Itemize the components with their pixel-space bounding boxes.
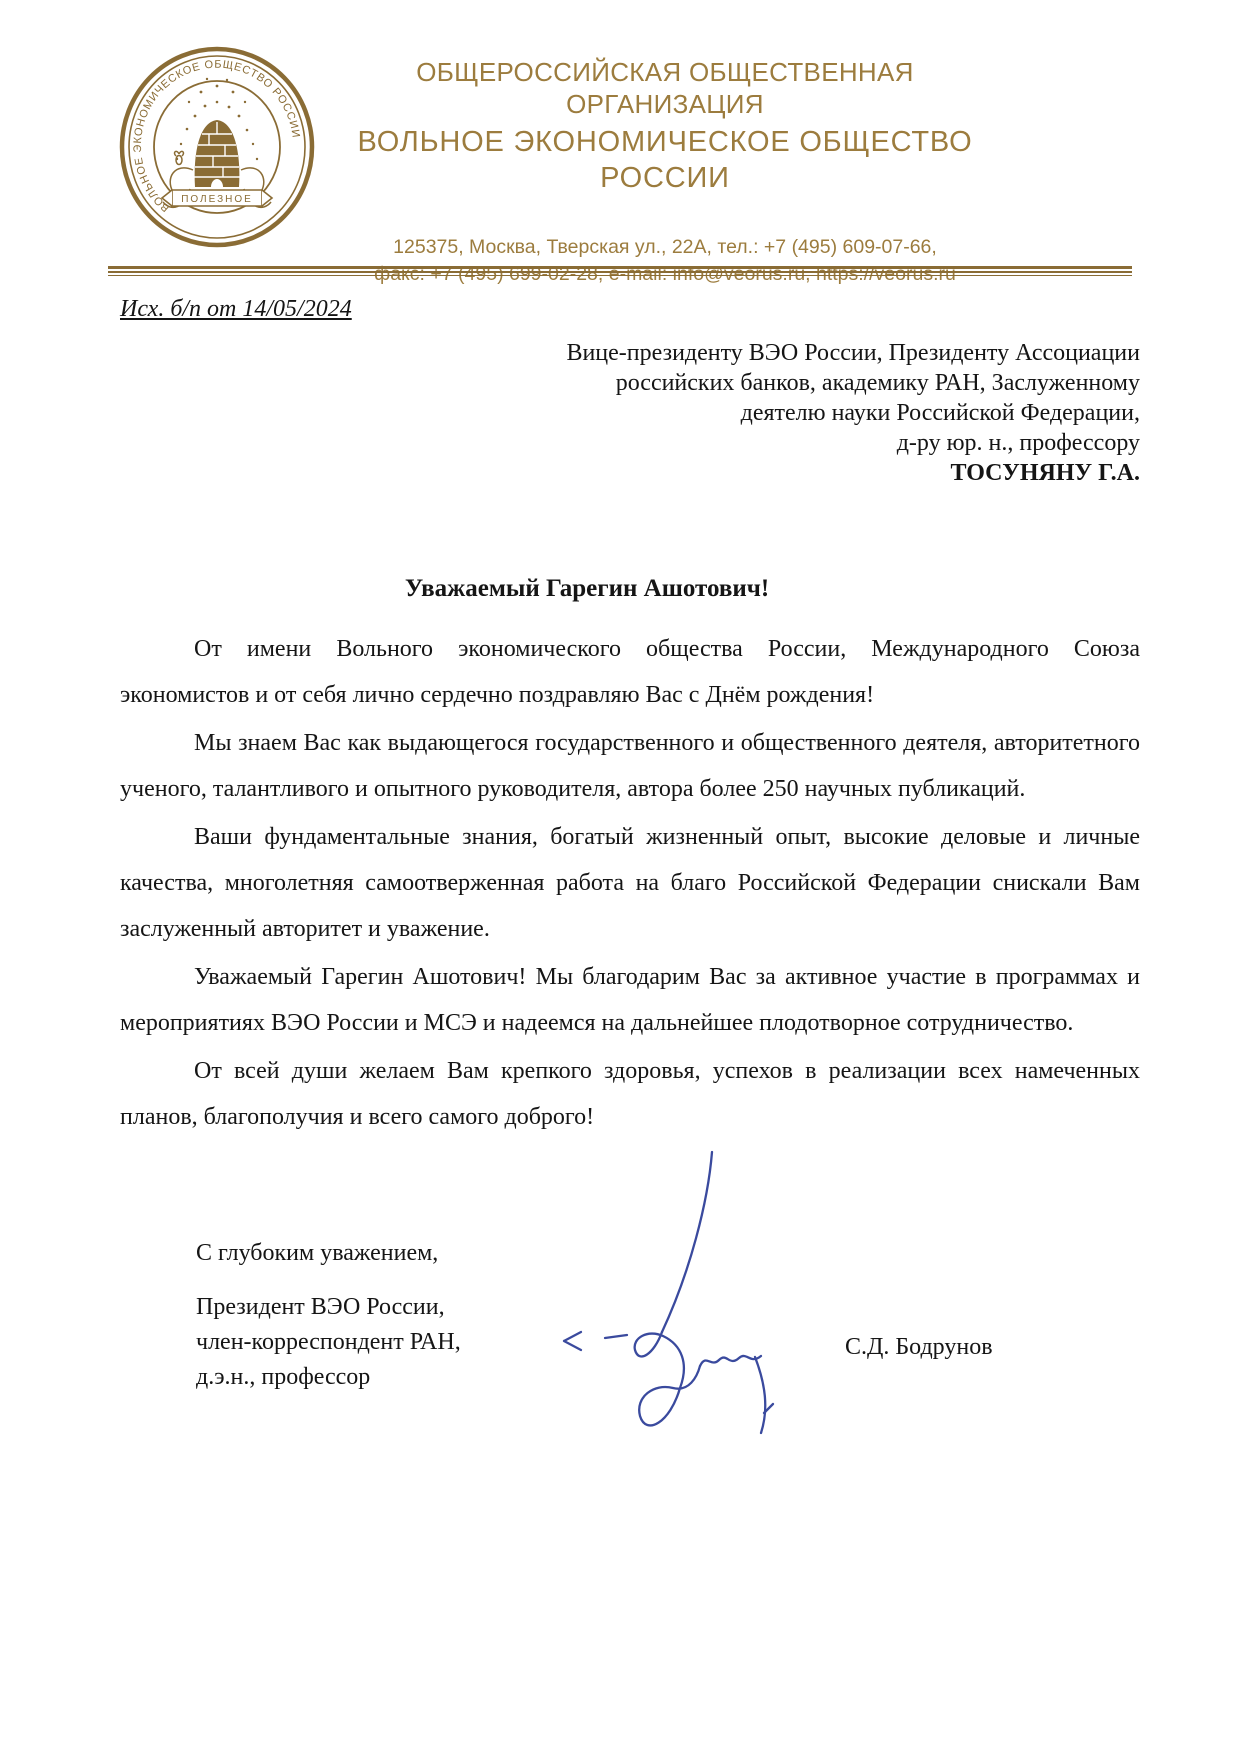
paragraph: От всей души желаем Вам крепкого здоровь… [120, 1048, 1140, 1140]
recipient-line: Вице-президенту ВЭО России, Президенту А… [566, 338, 1140, 368]
outgoing-reference-line: Исх. б/п от 14/05/2024 [120, 296, 352, 323]
banner-text: ПОЛЕЗНОЕ [181, 194, 253, 205]
closing-phrase: С глубоким уважением, [196, 1240, 438, 1267]
signer-title-line: Президент ВЭО России, [196, 1290, 461, 1325]
gold-divider-rule [108, 266, 1132, 276]
paragraph: Мы знаем Вас как выдающегося государстве… [120, 720, 1140, 812]
letter-page: ВОЛЬНОЕ ЭКОНОМИЧЕСКОЕ ОБЩЕСТВО РОССИИ [0, 0, 1240, 1754]
veo-seal-logo: ВОЛЬНОЕ ЭКОНОМИЧЕСКОЕ ОБЩЕСТВО РОССИИ [116, 44, 318, 250]
signer-titles: Президент ВЭО России, член-корреспондент… [196, 1290, 461, 1395]
paragraph: Ваши фундаментальные знания, богатый жиз… [120, 814, 1140, 952]
recipient-block: Вице-президенту ВЭО России, Президенту А… [566, 338, 1140, 488]
signer-name: С.Д. Бодрунов [845, 1334, 993, 1361]
recipient-name: ТОСУНЯНУ Г.А. [566, 458, 1140, 488]
paragraph: От имени Вольного экономического обществ… [120, 626, 1140, 718]
letterhead-text: ОБЩЕРОССИЙСКАЯ ОБЩЕСТВЕННАЯ ОРГАНИЗАЦИЯ … [320, 56, 1010, 288]
org-name-line2: ВОЛЬНОЕ ЭКОНОМИЧЕСКОЕ ОБЩЕСТВО РОССИИ [320, 124, 1010, 196]
contact-info: 125375, Москва, Тверская ул., 22А, тел.:… [320, 234, 1010, 288]
contact-line-address-phone: 125375, Москва, Тверская ул., 22А, тел.:… [320, 234, 1010, 261]
org-name-line1: ОБЩЕРОССИЙСКАЯ ОБЩЕСТВЕННАЯ ОРГАНИЗАЦИЯ [320, 56, 1010, 120]
paragraph: Уважаемый Гарегин Ашотович! Мы благодари… [120, 954, 1140, 1046]
signer-title-line: член-корреспондент РАН, [196, 1325, 461, 1360]
recipient-line: д-ру юр. н., профессору [566, 428, 1140, 458]
recipient-line: российских банков, академику РАН, Заслуж… [566, 368, 1140, 398]
letter-body: Уважаемый Гарегин Ашотович! От имени Вол… [120, 574, 1140, 1142]
signer-title-line: д.э.н., профессор [196, 1360, 461, 1395]
banner-ribbon: ПОЛЕЗНОЕ [162, 190, 272, 206]
recipient-line: деятелю науки Российской Федерации, [566, 398, 1140, 428]
handwritten-signature [550, 1140, 800, 1460]
beehive-icon [194, 120, 240, 187]
salutation: Уважаемый Гарегин Ашотович! [120, 574, 1140, 604]
